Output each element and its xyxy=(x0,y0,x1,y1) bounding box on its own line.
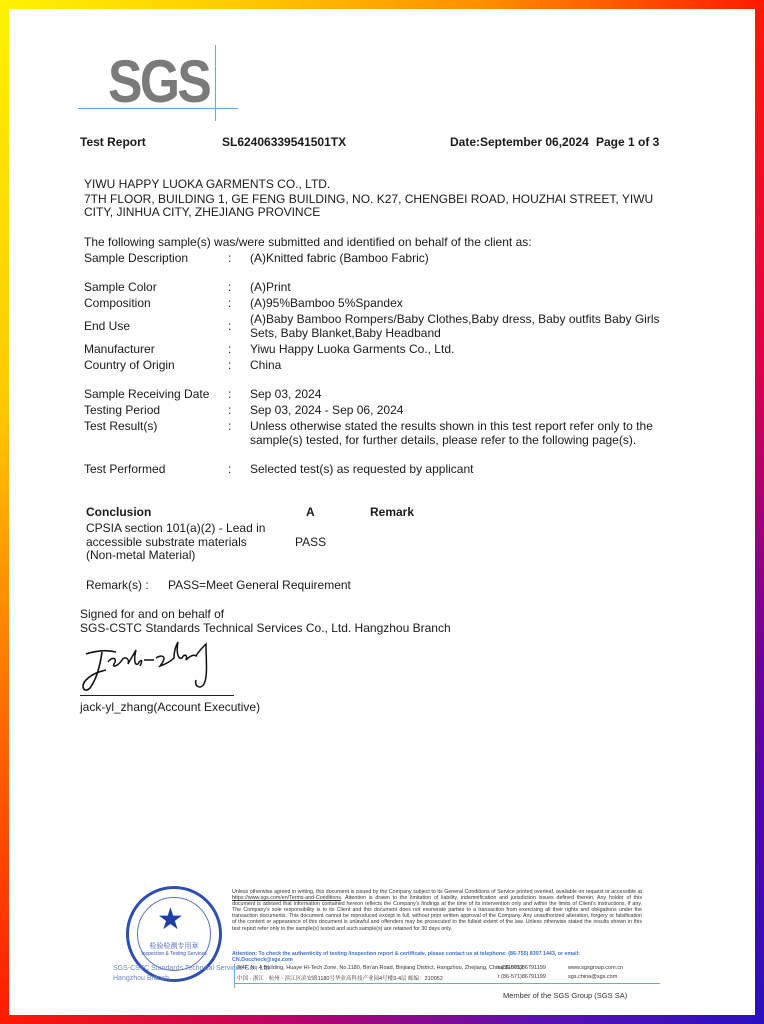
remarks-value: PASS=Meet General Requirement xyxy=(168,578,351,593)
field-label: Test Result(s) xyxy=(84,419,157,433)
remarks-label: Remark(s) : xyxy=(86,578,149,593)
field-value: (A)Knitted fabric (Bamboo Fabric) xyxy=(250,251,429,266)
field-label: Sample Receiving Date xyxy=(84,387,209,401)
field-label: End Use xyxy=(84,319,130,333)
field-value: Yiwu Happy Luoka Garments Co., Ltd. xyxy=(250,342,454,357)
doc-type: Test Report xyxy=(80,135,146,149)
field-label: Test Performed xyxy=(84,462,165,476)
signed-on-behalf: Signed for and on behalf of xyxy=(80,607,224,622)
field-value: Sep 03, 2024 xyxy=(250,387,321,402)
frame-border-top xyxy=(0,0,764,9)
terms-link[interactable]: https://www.sgs.com/en/Terms-and-Conditi… xyxy=(232,895,341,901)
field-separator: : xyxy=(228,251,231,265)
remark-header: Remark xyxy=(370,505,414,519)
conclusion-header: Conclusion xyxy=(86,505,151,519)
address-english: 3/4F, No.4 Building, Huaye Hi-Tech Zone,… xyxy=(237,965,523,971)
email-link[interactable]: sgs.china@sgs.com xyxy=(568,974,617,980)
field-separator: : xyxy=(228,342,231,356)
stamp-caption-line2: Hangzhou Branch xyxy=(113,975,169,982)
member-of-sgs-group: Member of the SGS Group (SGS SA) xyxy=(503,991,627,1000)
disclaimer-text: Unless otherwise agreed in writing, this… xyxy=(232,889,642,895)
signature-line xyxy=(80,695,234,696)
field-label: Sample Color xyxy=(84,280,157,294)
field-value: (A)95%Bamboo 5%Spandex xyxy=(250,296,403,311)
field-label: Country of Origin xyxy=(84,358,175,372)
frame-border-left xyxy=(0,0,9,1024)
field-value-line1: Unless otherwise stated the results show… xyxy=(250,419,653,434)
frame-border-bottom xyxy=(0,1015,764,1024)
page-indicator: Page 1 of 3 xyxy=(596,135,659,149)
field-value: Sep 03, 2024 - Sep 06, 2024 xyxy=(250,403,403,418)
client-address-line2: CITY, JINHUA CITY, ZHEJIANG PROVINCE xyxy=(84,205,320,220)
report-number: SL62406339541501TX xyxy=(222,135,346,149)
intro-text: The following sample(s) was/were submitt… xyxy=(84,235,532,250)
field-label: Sample Description xyxy=(84,251,188,265)
stamp-english-text: Inspection & Testing Services xyxy=(129,951,219,957)
field-separator: : xyxy=(228,387,231,401)
field-separator: : xyxy=(228,419,231,433)
field-separator: : xyxy=(228,403,231,417)
field-value-line2: sample(s) tested, for further details, p… xyxy=(250,433,636,448)
field-value: (A)Print xyxy=(250,280,291,295)
footer-vertical-rule xyxy=(234,964,235,988)
field-value-line1: (A)Baby Bamboo Rompers/Baby Clothes,Baby… xyxy=(250,312,660,327)
report-date: Date:September 06,2024 xyxy=(450,135,589,149)
field-separator: : xyxy=(228,462,231,476)
result-a: PASS xyxy=(295,535,326,550)
field-separator: : xyxy=(228,280,231,294)
logo-vertical-rule xyxy=(215,45,216,121)
phone-1: t (86-571)86791199 xyxy=(498,965,546,971)
client-name: YIWU HAPPY LUOKA GARMENTS CO., LTD. xyxy=(84,177,330,192)
field-label: Testing Period xyxy=(84,403,160,417)
field-value: China xyxy=(250,358,281,373)
field-value: Selected test(s) as requested by applica… xyxy=(250,462,473,477)
field-label: Composition xyxy=(84,296,151,310)
sample-a-header: A xyxy=(306,505,315,519)
star-icon: ★ xyxy=(157,905,184,935)
field-separator: : xyxy=(228,319,231,333)
sgs-logo-text: SGS xyxy=(108,47,209,117)
address-chinese: 中国 · 浙江 · 杭州 · 滨江区滨安路1180号华业高科技产业园4号楼3-4… xyxy=(237,974,443,982)
logo-horizontal-rule xyxy=(78,108,238,109)
field-value-line2: Sets, Baby Blanket,Baby Headband xyxy=(250,326,441,341)
phone-2: t (86-571)86791199 xyxy=(498,974,546,980)
handwritten-signature xyxy=(78,636,218,696)
signer-name: jack-yl_zhang(Account Executive) xyxy=(80,700,260,715)
website-link[interactable]: www.sgsgroup.com.cn xyxy=(568,965,623,971)
field-separator: : xyxy=(228,358,231,372)
stamp-chinese-text: 检验检测专用章 xyxy=(129,941,219,951)
test-name-line3: (Non-metal Material) xyxy=(86,548,195,563)
legal-disclaimer: Unless otherwise agreed in writing, this… xyxy=(232,889,642,932)
disclaimer-text-cont: . Attention is drawn to the limitation o… xyxy=(232,895,642,931)
test-name-line1: CPSIA section 101(a)(2) - Lead in xyxy=(86,521,265,536)
field-label: Manufacturer xyxy=(84,342,155,356)
footer-horizontal-rule xyxy=(234,983,660,984)
frame-border-right xyxy=(755,0,764,1024)
signing-company: SGS-CSTC Standards Technical Services Co… xyxy=(80,621,451,636)
authenticity-notice: Attention: To check the authenticity of … xyxy=(232,951,642,963)
field-separator: : xyxy=(228,296,231,310)
